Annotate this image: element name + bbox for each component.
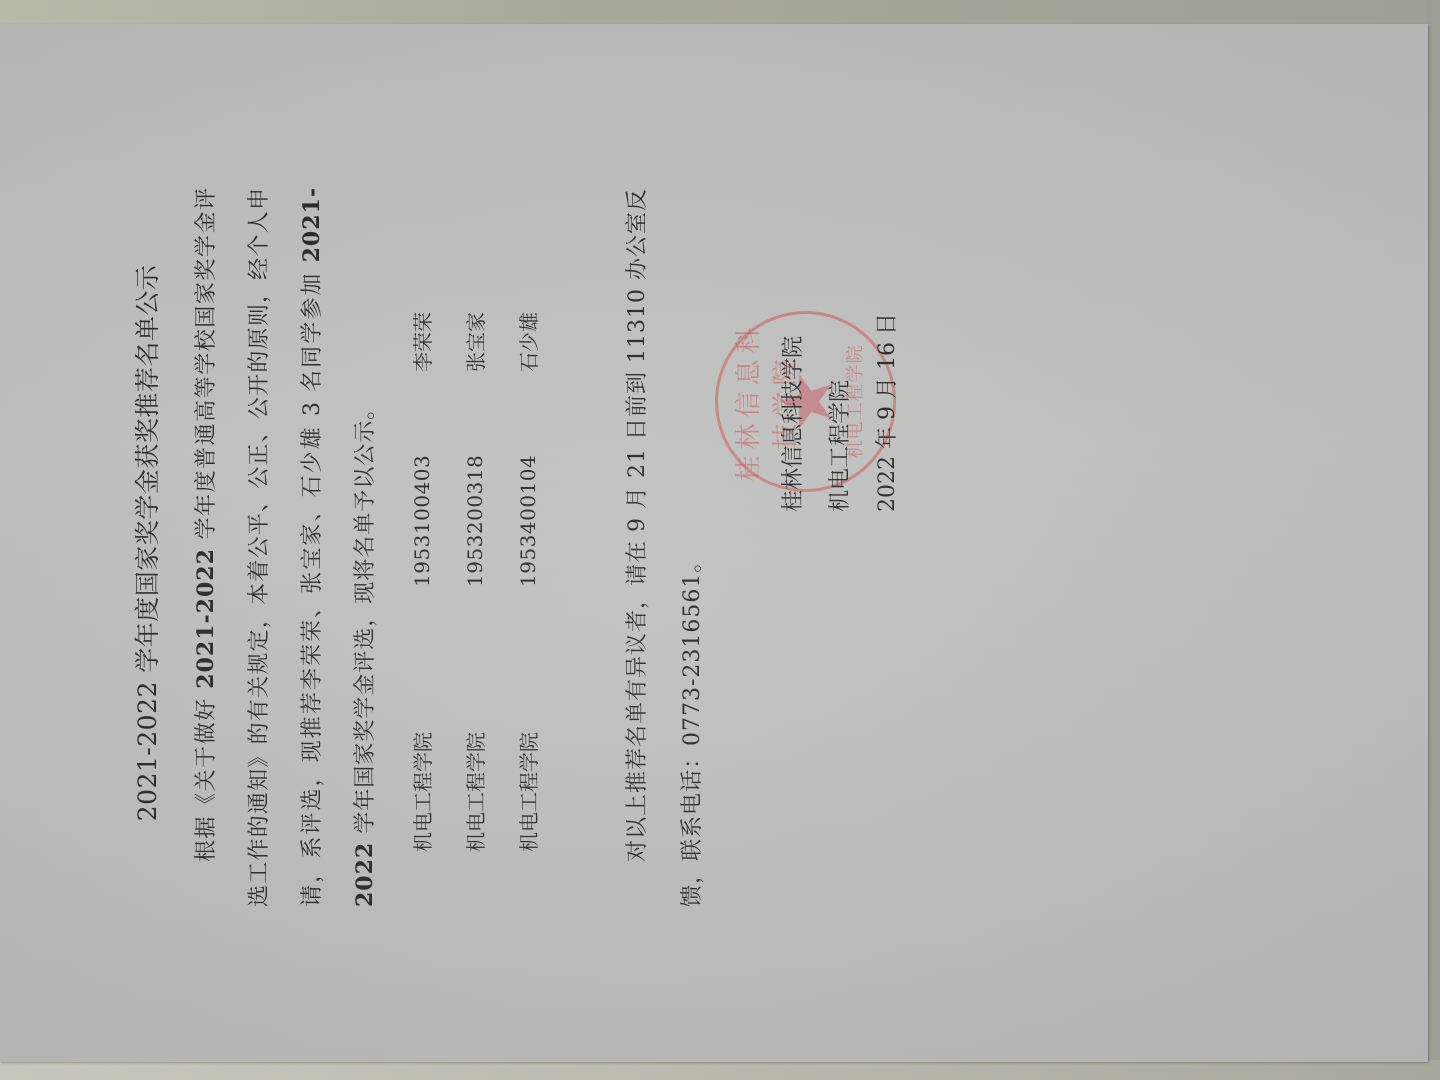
document-page: 2021-2022 学年度国家奖学金获奖推荐名单公示 根据《关于做好 2021-… bbox=[0, 24, 1428, 1062]
nominee-student-id: 1953400104 bbox=[516, 372, 540, 587]
signoff-institution: 桂林信息科技学院 bbox=[770, 252, 817, 512]
nominee-student-id: 1953100403 bbox=[410, 372, 434, 587]
intro-paragraph: 根据《关于做好 2021-2022 学年度普通高等学校国家奖学金评选工作的通知》… bbox=[180, 187, 392, 907]
nominee-college: 机电工程学院 bbox=[407, 587, 436, 852]
intro-year-1: 2021-2022 bbox=[193, 548, 219, 689]
nominee-row: 机电工程学院 1953200318 张宝家 bbox=[448, 212, 501, 852]
nominee-name: 张宝家 bbox=[460, 252, 489, 372]
nominee-college: 机电工程学院 bbox=[460, 587, 489, 852]
nominee-college: 机电工程学院 bbox=[513, 587, 542, 852]
background-surface-bottom bbox=[0, 1060, 1440, 1080]
background-surface-top bbox=[0, 0, 1440, 26]
nominee-name: 石少雄 bbox=[513, 252, 542, 372]
signoff-block: 桂林信息科技学院 机电工程学院 2022 年 9 月 16 日 bbox=[770, 252, 911, 512]
paper-sheet: 2021-2022 学年度国家奖学金获奖推荐名单公示 根据《关于做好 2021-… bbox=[0, 24, 1428, 1062]
objection-notice: 对以上推荐名单有异议者，请在 9 月 21 日前到 11310 办公室反馈，联系… bbox=[610, 187, 720, 907]
nominee-student-id: 1953200318 bbox=[463, 372, 487, 587]
intro-prefix: 根据《关于做好 bbox=[194, 689, 219, 862]
nominee-row: 机电工程学院 1953100403 李荣荣 bbox=[395, 212, 448, 852]
document-title: 2021-2022 学年度国家奖学金获奖推荐名单公示 bbox=[128, 24, 164, 1062]
intro-suffix: 学年国家奖学金评选，现将名单予以公示。 bbox=[353, 397, 378, 842]
signoff-department: 机电工程学院 bbox=[817, 252, 864, 512]
signoff-date: 2022 年 9 月 16 日 bbox=[864, 252, 911, 512]
background-surface-right bbox=[1426, 0, 1440, 1080]
nominee-row: 机电工程学院 1953400104 石少雄 bbox=[501, 212, 554, 852]
nominee-list: 机电工程学院 1953100403 李荣荣 机电工程学院 1953200318 … bbox=[395, 212, 554, 852]
nominee-name: 李荣荣 bbox=[407, 252, 436, 372]
